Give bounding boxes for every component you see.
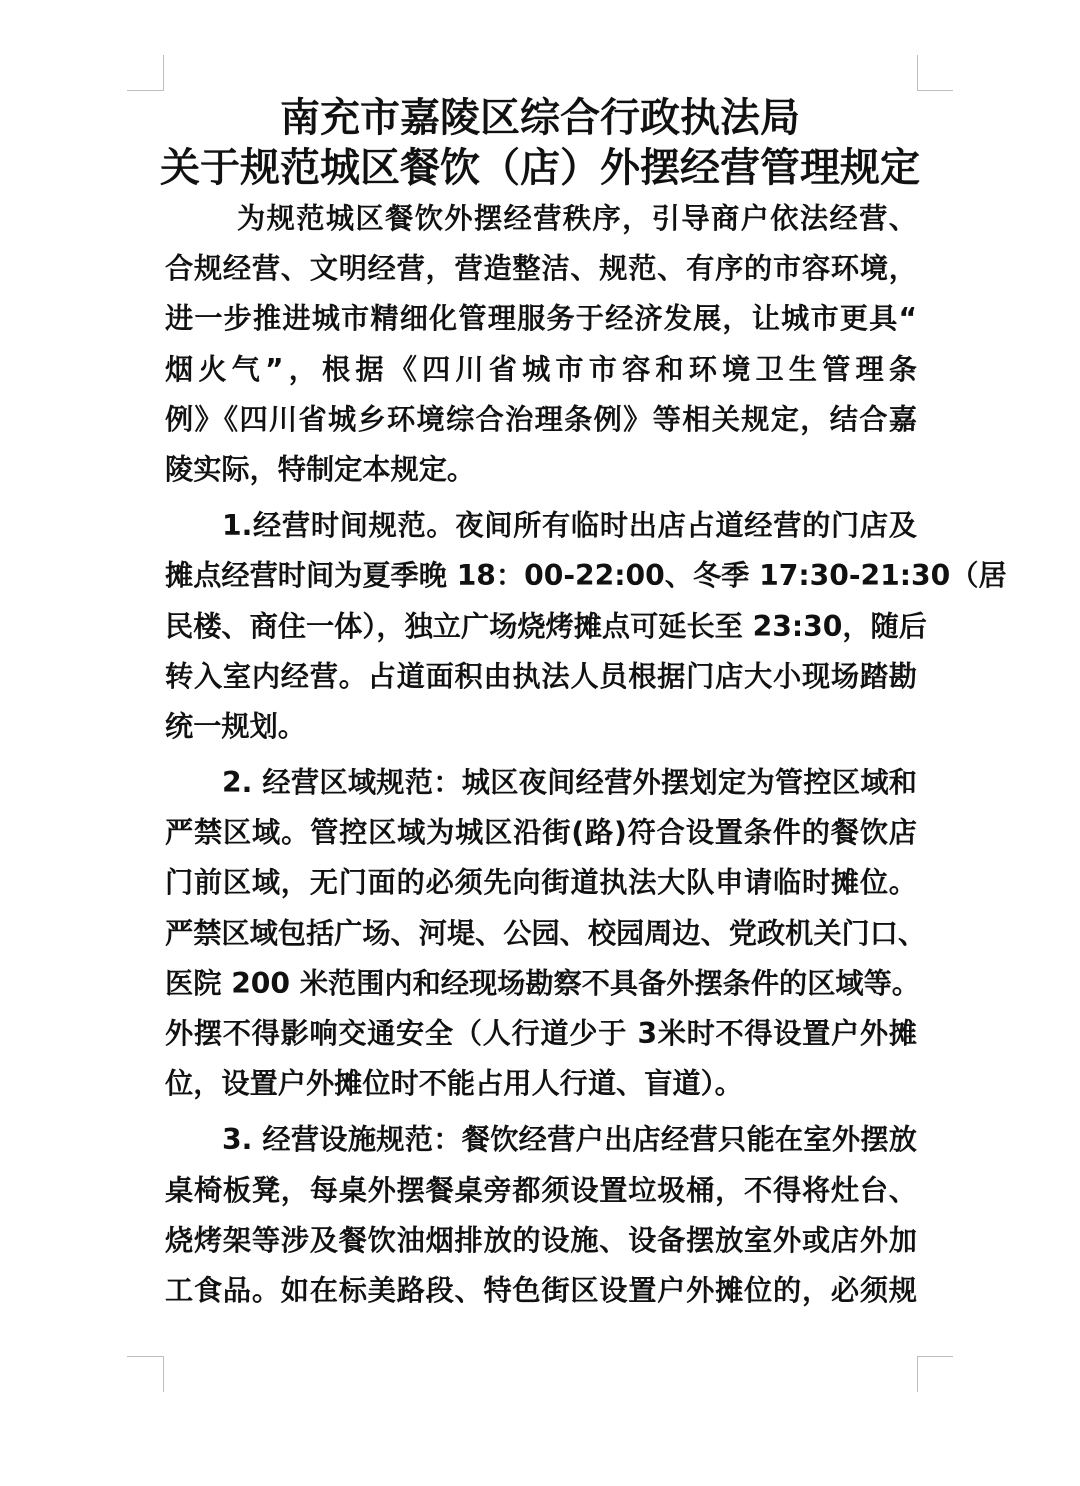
corner-mark-bottom-left-vertical [163,1356,164,1392]
text-line: 烟火气”，根据《四川省城市市容和环境卫生管理条 [165,345,917,395]
document-title-line-2: 关于规范城区餐饮（店）外摆经营管理规定 [0,143,1080,193]
text-line: 烧烤架等涉及餐饮油烟排放的设施、设备摆放室外或店外加 [165,1216,917,1266]
paragraph-operating-hours: 1.经营时间规范。夜间所有临时出店占道经营的门店及 摊点经营时间为夏季晚 18：… [165,501,917,752]
corner-mark-top-left-horizontal [127,90,163,91]
text-line: 2. 经营区域规范：城区夜间经营外摆划定为管控区域和 [165,758,917,808]
text-line: 转入室内经营。占道面积由执法人员根据门店大小现场踏勘 [165,652,917,702]
paragraph-intro: 为规范城区餐饮外摆经营秩序，引导商户依法经营、 合规经营、文明经营，营造整洁、规… [165,194,917,495]
text-line: 统一规划。 [165,702,917,752]
corner-mark-bottom-right-vertical [917,1356,918,1392]
corner-mark-bottom-right-horizontal [917,1356,953,1357]
text-line: 合规经营、文明经营，营造整洁、规范、有序的市容环境， [165,244,917,294]
document-body: 为规范城区餐饮外摆经营秩序，引导商户依法经营、 合规经营、文明经营，营造整洁、规… [165,194,917,1316]
text-line: 例》《四川省城乡环境综合治理条例》等相关规定，结合嘉 [165,395,917,445]
corner-mark-bottom-left-horizontal [127,1356,163,1357]
paragraph-operating-facilities: 3. 经营设施规范：餐饮经营户出店经营只能在室外摆放 桌椅板凳，每桌外摆餐桌旁都… [165,1115,917,1316]
text-line: 医院 200 米范围内和经现场勘察不具备外摆条件的区域等。 [165,959,917,1009]
text-line: 陵实际，特制定本规定。 [165,445,917,495]
paragraph-operating-area: 2. 经营区域规范：城区夜间经营外摆划定为管控区域和 严禁区域。管控区域为城区沿… [165,758,917,1109]
corner-mark-top-right-vertical [917,55,918,91]
text-line: 门前区域，无门面的必须先向街道执法大队申请临时摊位。 [165,858,917,908]
text-line: 摊点经营时间为夏季晚 18：00-22:00、冬季 17:30-21:30（居 [165,551,917,601]
text-line: 桌椅板凳，每桌外摆餐桌旁都须设置垃圾桶，不得将灶台、 [165,1166,917,1216]
text-line: 1.经营时间规范。夜间所有临时出店占道经营的门店及 [165,501,917,551]
text-line: 外摆不得影响交通安全（人行道少于 3米时不得设置户外摊 [165,1009,917,1059]
corner-mark-top-left-vertical [163,55,164,91]
text-line: 进一步推进城市精细化管理服务于经济发展，让城市更具“ [165,294,917,344]
corner-mark-top-right-horizontal [917,90,953,91]
text-line: 民楼、商住一体），独立广场烧烤摊点可延长至 23:30，随后 [165,602,917,652]
text-line: 位，设置户外摊位时不能占用人行道、盲道）。 [165,1059,917,1109]
text-line: 工食品。如在标美路段、特色街区设置户外摊位的，必须规 [165,1266,917,1316]
document-title-line-1: 南充市嘉陵区综合行政执法局 [0,93,1080,143]
text-line: 3. 经营设施规范：餐饮经营户出店经营只能在室外摆放 [165,1115,917,1165]
text-line: 严禁区域。管控区域为城区沿街(路)符合设置条件的餐饮店 [165,808,917,858]
text-line: 严禁区域包括广场、河堤、公园、校园周边、党政机关门口、 [165,909,917,959]
text-line: 为规范城区餐饮外摆经营秩序，引导商户依法经营、 [165,194,917,244]
